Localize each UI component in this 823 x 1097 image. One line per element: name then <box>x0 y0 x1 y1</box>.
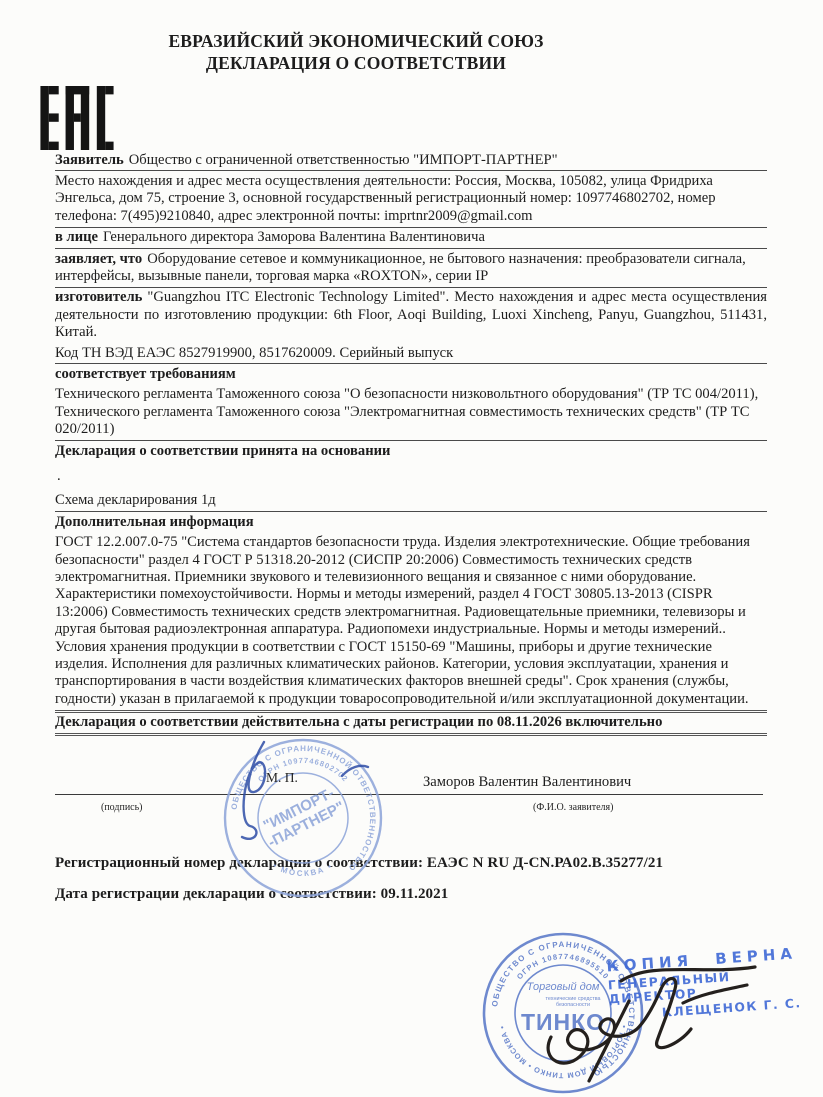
signature-line <box>55 794 763 795</box>
applicant-signature <box>192 736 382 851</box>
registration-date-line: Дата регистрации декларации о соответств… <box>55 886 767 903</box>
title-line-2: ДЕКЛАРАЦИЯ О СООТВЕТСТВИИ <box>55 52 657 74</box>
additional-heading: Дополнительная информация <box>55 512 767 532</box>
address-value: Место нахождения и адрес места осуществл… <box>55 173 716 224</box>
in-person-label: в лице <box>55 229 98 245</box>
director-signature <box>533 945 768 1085</box>
field-row-in-person: в лицеГенерального директора Заморова Ва… <box>55 228 767 249</box>
applicant-value: Общество с ограниченной ответственностью… <box>129 152 558 168</box>
complies-value: Технического регламента Таможенного союз… <box>55 386 758 437</box>
field-row-declares: заявляет, чтоОборудование сетевое и комм… <box>55 249 767 288</box>
additional-value: ГОСТ 12.2.007.0-75 "Система стандартов б… <box>55 534 750 707</box>
registration-number-line: Регистрационный номер декларации о соотв… <box>55 855 767 872</box>
applicant-label: Заявитель <box>55 152 124 168</box>
title-line-1: ЕВРАЗИЙСКИЙ ЭКОНОМИЧЕСКИЙ СОЮЗ <box>55 30 657 52</box>
tnved-value: Код ТН ВЭД ЕАЭС 8527919900, 8517620009. … <box>55 345 453 361</box>
signer-caption: (Ф.И.О. заявителя) <box>533 799 613 816</box>
declares-value: Оборудование сетевое и коммуникационное,… <box>55 251 746 284</box>
basis-dot: . <box>55 462 767 491</box>
field-row-applicant: ЗаявительОбщество с ограниченной ответст… <box>55 150 767 171</box>
signer-name: Заморов Валентин Валентинович <box>423 774 631 791</box>
field-row-additional: ГОСТ 12.2.007.0-75 "Система стандартов б… <box>55 533 767 713</box>
signature-block: (подпись) Заморов Валентин Валентинович … <box>55 736 767 846</box>
document-body: ЕВРАЗИЙСКИЙ ЭКОНОМИЧЕСКИЙ СОЮЗ ДЕКЛАРАЦИ… <box>55 30 767 903</box>
scheme-value: Схема декларирования 1д <box>55 492 216 508</box>
field-row-tnved: Код ТН ВЭД ЕАЭС 8527919900, 8517620009. … <box>55 343 767 364</box>
field-row-address: Место нахождения и адрес места осуществл… <box>55 171 767 227</box>
manufacturer-value: "Guangzhou ITC Electronic Technology Lim… <box>55 289 767 340</box>
document-title: ЕВРАЗИЙСКИЙ ЭКОНОМИЧЕСКИЙ СОЮЗ ДЕКЛАРАЦИ… <box>55 30 657 74</box>
stamp-place-label: М. П. <box>266 770 298 786</box>
logo-spacer <box>55 74 767 150</box>
declares-label: заявляет, что <box>55 251 142 267</box>
complies-heading: соответствует требованиям <box>55 364 767 384</box>
in-person-value: Генерального директора Заморова Валентин… <box>103 229 485 245</box>
declaration-document: ЕВРАЗИЙСКИЙ ЭКОНОМИЧЕСКИЙ СОЮЗ ДЕКЛАРАЦИ… <box>0 0 823 1097</box>
validity-row: Декларация о соответствии действительна … <box>55 713 767 736</box>
signature-caption: (подпись) <box>101 799 143 816</box>
field-row-complies: Технического регламента Таможенного союз… <box>55 385 767 441</box>
basis-heading: Декларация о соответствии принята на осн… <box>55 441 767 461</box>
field-row-manufacturer: изготовитель"Guangzhou ITC Electronic Te… <box>55 288 767 343</box>
field-row-scheme: Схема декларирования 1д <box>55 491 767 512</box>
manufacturer-label: изготовитель <box>55 289 142 305</box>
